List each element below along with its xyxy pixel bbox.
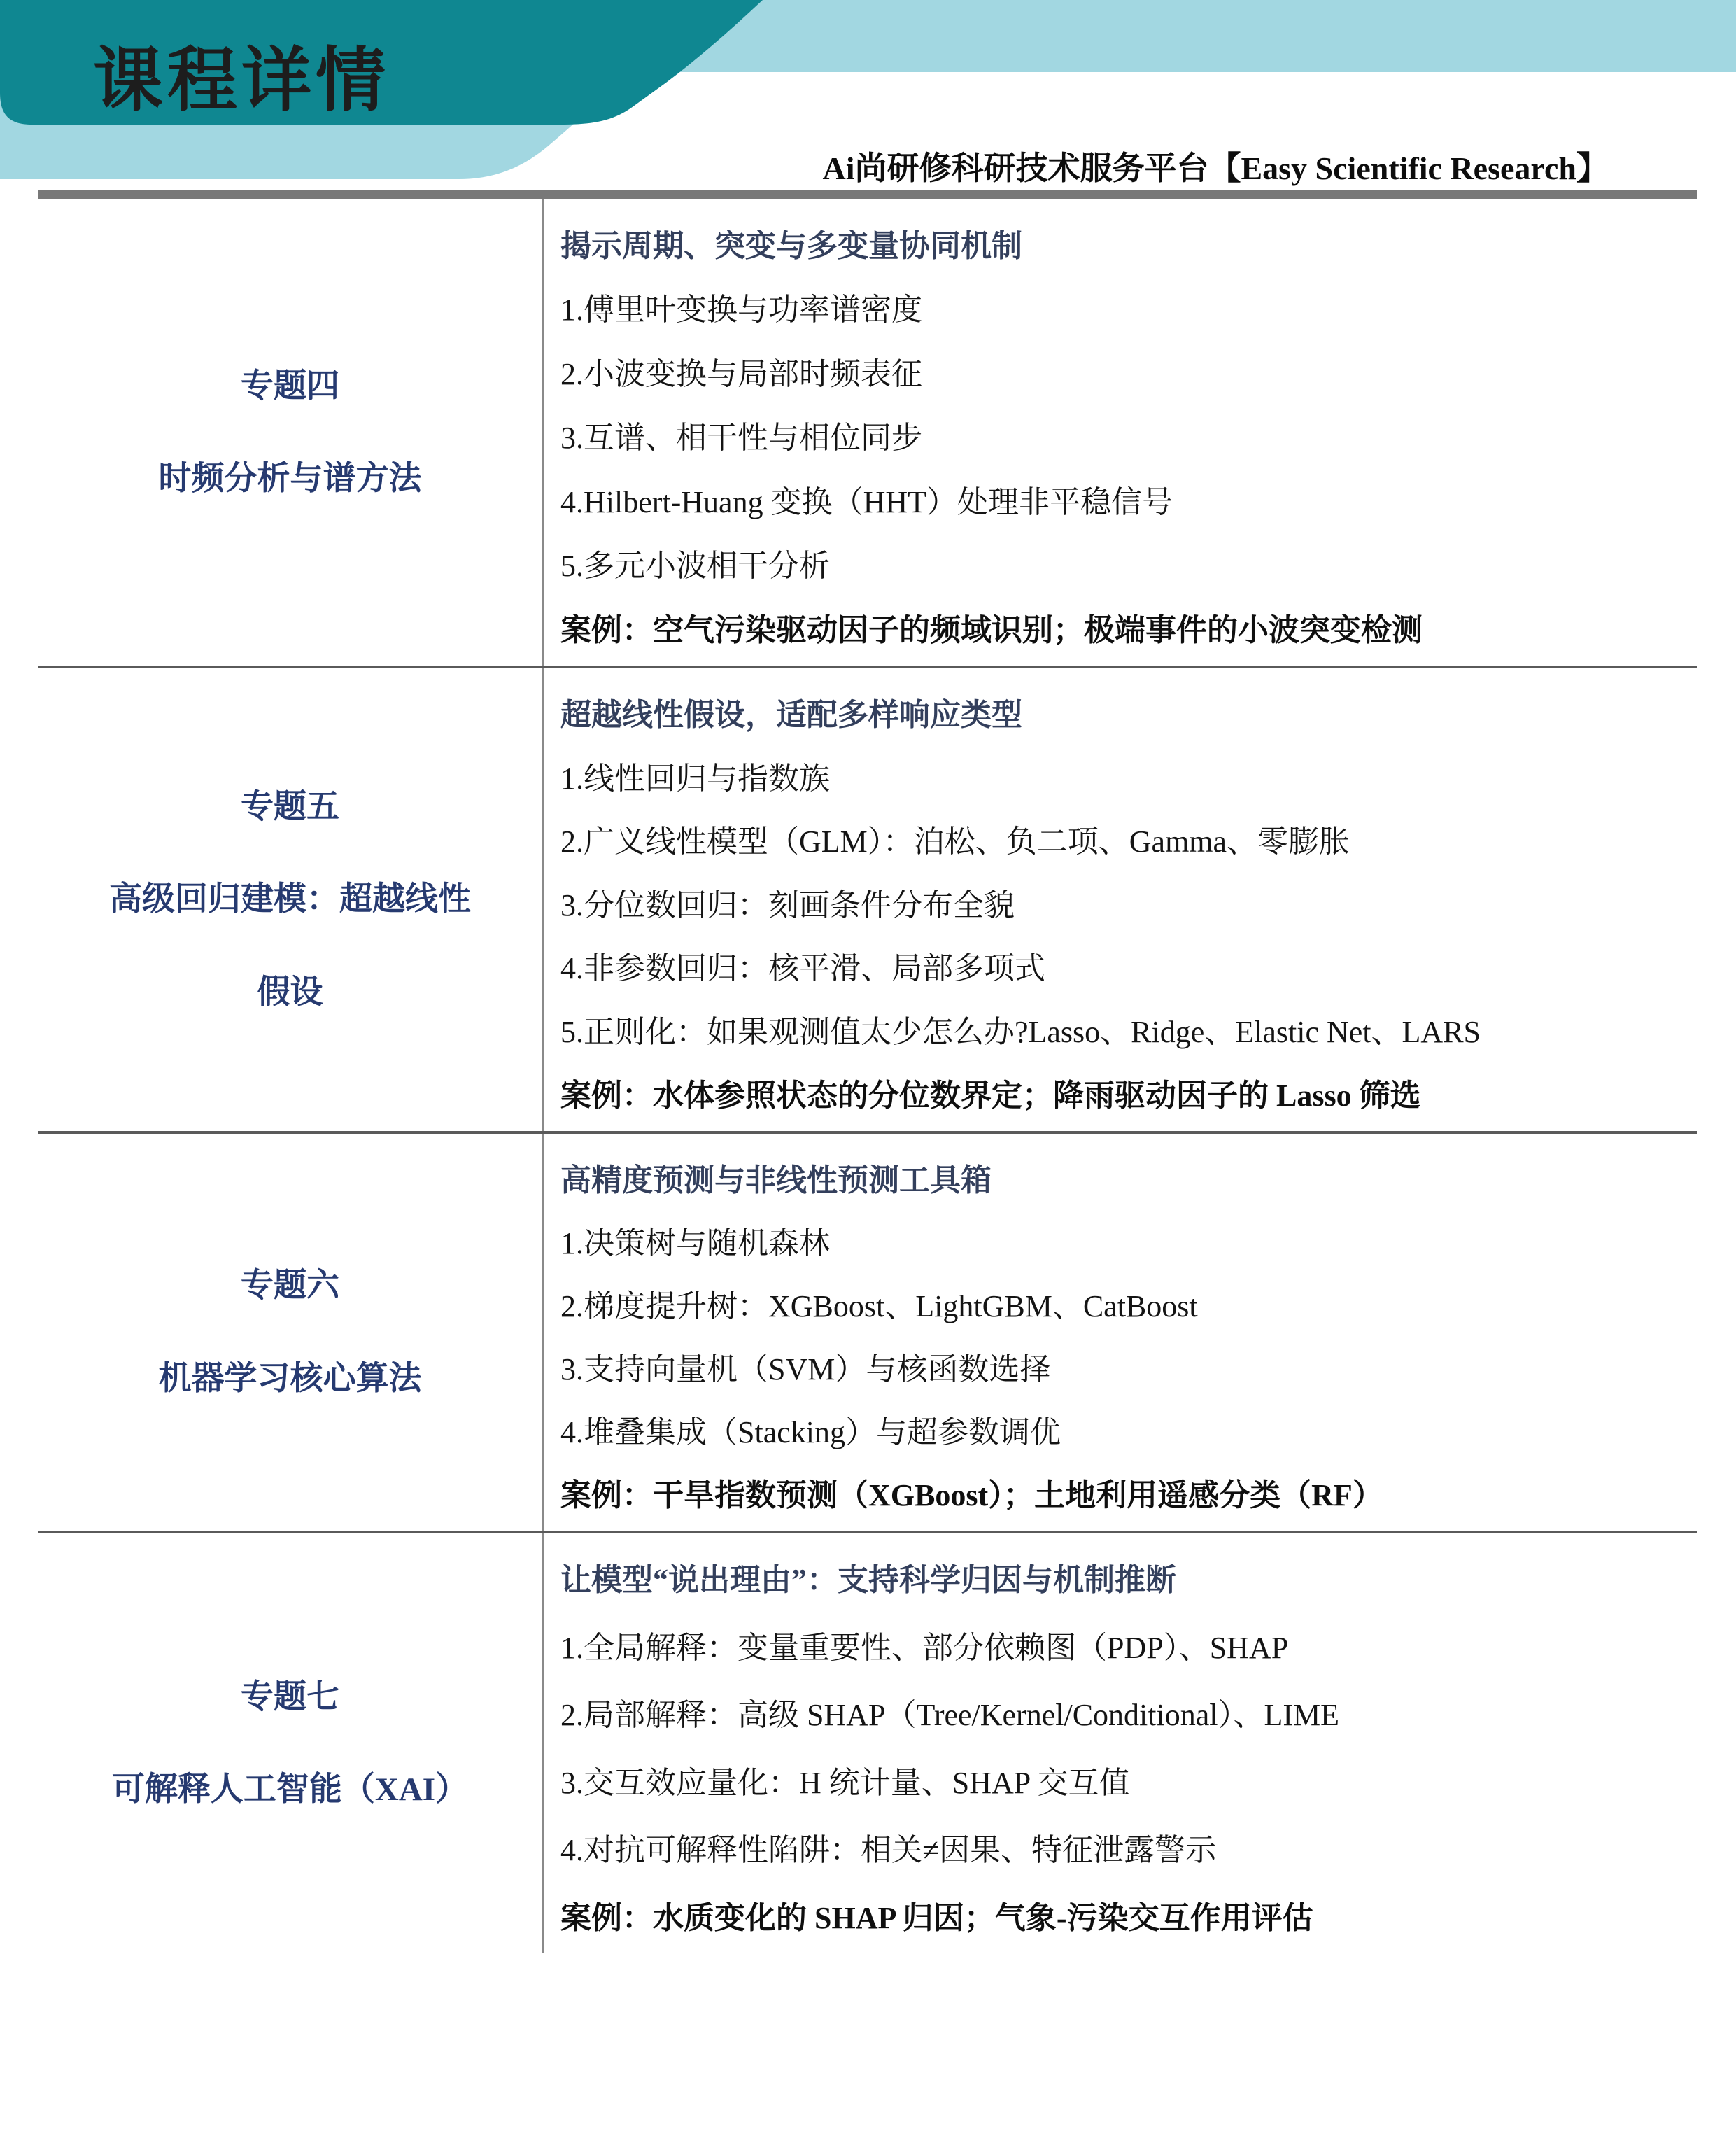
- topic-cell: 专题四时频分析与谱方法: [38, 199, 544, 666]
- platform-name: Ai尚研修科研技术服务平台【Easy Scientific Research】: [822, 143, 1609, 189]
- content-cell: 让模型“说出理由”：支持科学归因与机制推断1.全局解释：变量重要性、部分依赖图（…: [544, 1533, 1697, 1953]
- topic-line: 机器学习核心算法: [159, 1360, 422, 1398]
- topic-line: 高级回归建模：超越线性: [109, 880, 471, 918]
- item-line: 4.堆叠集成（Stacking）与超参数调优: [560, 1415, 1686, 1449]
- item-line: 2.小波变换与局部时频表征: [560, 357, 1686, 391]
- item-line: 1.决策树与随机森林: [560, 1226, 1686, 1260]
- item-line: 5.正则化：如果观测值太少怎么办?Lasso、Ridge、Elastic Net…: [560, 1015, 1686, 1049]
- topic-line: 专题五: [241, 788, 339, 826]
- item-line: 1.全局解释：变量重要性、部分依赖图（PDP）、SHAP: [560, 1631, 1686, 1665]
- case-line: 案例：干旱指数预测（XGBoost）；土地利用遥感分类（RF）: [560, 1478, 1686, 1512]
- header-rule: [38, 190, 1697, 199]
- topic-cell: 专题五高级回归建模：超越线性假设: [38, 668, 544, 1131]
- course-row: 专题七可解释人工智能（XAI）让模型“说出理由”：支持科学归因与机制推断1.全局…: [38, 1533, 1697, 1953]
- item-line: 1.傅里叶变换与功率谱密度: [560, 293, 1686, 327]
- item-line: 1.线性回归与指数族: [560, 761, 1686, 796]
- topic-line: 时频分析与谱方法: [159, 460, 422, 498]
- item-line: 4.对抗可解释性陷阱：相关≠因果、特征泄露警示: [560, 1833, 1686, 1867]
- item-line: 2.局部解释：高级 SHAP（Tree/Kernel/Conditional）、…: [560, 1698, 1686, 1732]
- topic-line: 专题六: [241, 1267, 339, 1305]
- course-table: 专题四时频分析与谱方法揭示周期、突变与多变量协同机制1.傅里叶变换与功率谱密度2…: [38, 199, 1697, 1953]
- item-line: 3.分位数回归：刻画条件分布全貌: [560, 888, 1686, 922]
- item-line: 4.Hilbert-Huang 变换（HHT）处理非平稳信号: [560, 485, 1686, 519]
- item-line: 2.广义线性模型（GLM）：泊松、负二项、Gamma、零膨胀: [560, 824, 1686, 859]
- item-line: 3.支持向量机（SVM）与核函数选择: [560, 1352, 1686, 1386]
- topic-line: 专题四: [241, 367, 339, 405]
- case-line: 案例：水体参照状态的分位数界定；降雨驱动因子的 Lasso 筛选: [560, 1078, 1686, 1113]
- topic-line: 假设: [257, 974, 323, 1011]
- item-line: 5.多元小波相干分析: [560, 549, 1686, 583]
- case-line: 案例：空气污染驱动因子的频域识别；极端事件的小波突变检测: [560, 613, 1686, 647]
- topic-cell: 专题七可解释人工智能（XAI）: [38, 1533, 544, 1953]
- item-line: 4.非参数回归：核平滑、局部多项式: [560, 951, 1686, 985]
- topic-line: 可解释人工智能（XAI）: [112, 1771, 468, 1808]
- summary-line: 高精度预测与非线性预测工具箱: [560, 1163, 1686, 1197]
- content-cell: 高精度预测与非线性预测工具箱1.决策树与随机森林2.梯度提升树：XGBoost、…: [544, 1134, 1697, 1531]
- summary-line: 揭示周期、突变与多变量协同机制: [560, 229, 1686, 263]
- item-line: 3.交互效应量化：H 统计量、SHAP 交互值: [560, 1766, 1686, 1800]
- course-row: 专题六机器学习核心算法高精度预测与非线性预测工具箱1.决策树与随机森林2.梯度提…: [38, 1134, 1697, 1533]
- topic-cell: 专题六机器学习核心算法: [38, 1134, 544, 1531]
- summary-line: 让模型“说出理由”：支持科学归因与机制推断: [560, 1563, 1686, 1597]
- case-line: 案例：水质变化的 SHAP 归因；气象-污染交互作用评估: [560, 1901, 1686, 1935]
- item-line: 2.梯度提升树：XGBoost、LightGBM、CatBoost: [560, 1289, 1686, 1323]
- course-row: 专题四时频分析与谱方法揭示周期、突变与多变量协同机制1.傅里叶变换与功率谱密度2…: [38, 199, 1697, 668]
- summary-line: 超越线性假设，适配多样响应类型: [560, 698, 1686, 732]
- content-cell: 超越线性假设，适配多样响应类型1.线性回归与指数族2.广义线性模型（GLM）：泊…: [544, 668, 1697, 1131]
- page-title: 课程详情: [93, 24, 390, 125]
- item-line: 3.互谱、相干性与相位同步: [560, 421, 1686, 455]
- course-row: 专题五高级回归建模：超越线性假设超越线性假设，适配多样响应类型1.线性回归与指数…: [38, 668, 1697, 1134]
- content-cell: 揭示周期、突变与多变量协同机制1.傅里叶变换与功率谱密度2.小波变换与局部时频表…: [544, 199, 1697, 666]
- topic-line: 专题七: [241, 1678, 339, 1716]
